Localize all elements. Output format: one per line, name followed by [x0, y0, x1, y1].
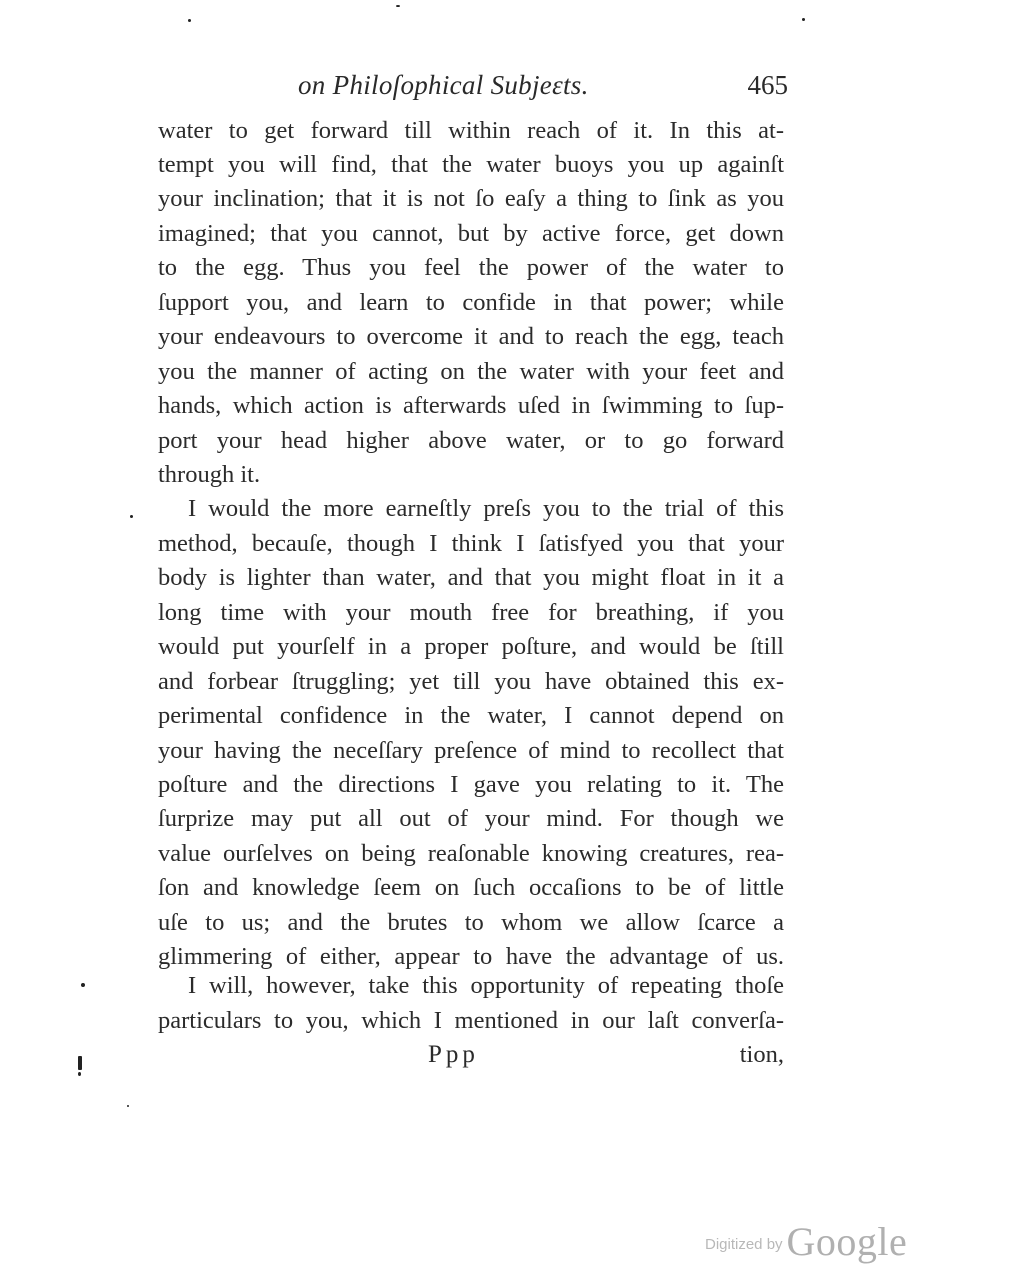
text-line: hands, which action is afterwards uſed i…: [158, 391, 784, 421]
book-page: on Philoſophical Subjeɛts. 465 water to …: [0, 0, 1014, 1282]
running-title: on Philoſophical Subjeɛts.: [298, 70, 589, 101]
text-line: glimmering of either, appear to have the…: [158, 942, 784, 972]
scan-speck: [78, 1072, 81, 1076]
text-line: ſurprize may put all out of your mind. F…: [158, 804, 784, 834]
scan-speck: [396, 5, 400, 7]
text-line: to the egg. Thus you feel the power of t…: [158, 253, 784, 283]
text-line: imagined; that you cannot, but by active…: [158, 219, 784, 249]
scan-speck: [81, 983, 85, 987]
text-line: your endeavours to overcome it and to re…: [158, 322, 784, 352]
text-line: poſture and the directions I gave you re…: [158, 770, 784, 800]
text-line: and forbear ſtruggling; yet till you hav…: [158, 667, 784, 697]
digitized-watermark: Digitized by Google: [705, 1218, 907, 1265]
text-line: long time with your mouth free for breat…: [158, 598, 784, 628]
text-line-paragraph-start: I would the more earneſtly preſs you to …: [158, 494, 784, 524]
scan-speck: [188, 19, 191, 22]
text-line: port your head higher above water, or to…: [158, 426, 784, 456]
page-number: 465: [748, 70, 789, 101]
scan-speck: [130, 515, 133, 518]
text-line: uſe to us; and the brutes to whom we all…: [158, 908, 784, 938]
scan-speck: [127, 1105, 129, 1107]
text-line: method, becauſe, though I think I ſatisf…: [158, 529, 784, 559]
scan-speck: [78, 1056, 82, 1070]
text-line: your inclination; that it is not ſo eaſy…: [158, 184, 784, 214]
text-line: would put yourſelf in a proper poſture, …: [158, 632, 784, 662]
scan-speck: [802, 18, 805, 21]
text-line: water to get forward till within reach o…: [158, 116, 784, 146]
text-line: ſupport you, and learn to confide in tha…: [158, 288, 784, 318]
text-line: body is lighter than water, and that you…: [158, 563, 784, 593]
text-line: perimental confidence in the water, I ca…: [158, 701, 784, 731]
page-header: on Philoſophical Subjeɛts. 465: [158, 70, 788, 106]
text-line: your having the neceſſary preſence of mi…: [158, 736, 784, 766]
text-line: tempt you will find, that the water buoy…: [158, 150, 784, 180]
catchword: tion,: [740, 1041, 784, 1069]
text-line: ſon and knowledge ſeem on ſuch occaſions…: [158, 873, 784, 903]
google-logo: Google: [787, 1219, 908, 1264]
text-line: value ourſelves on being reaſonable know…: [158, 839, 784, 869]
watermark-prefix: Digitized by: [705, 1236, 783, 1253]
text-line: particulars to you, which I mentioned in…: [158, 1006, 784, 1036]
text-line: you the manner of acting on the water wi…: [158, 357, 784, 387]
signature-mark: Ppp: [428, 1041, 479, 1069]
text-line-paragraph-start: I will, however, take this opportunity o…: [158, 971, 784, 1001]
text-line: through it.: [158, 460, 784, 490]
